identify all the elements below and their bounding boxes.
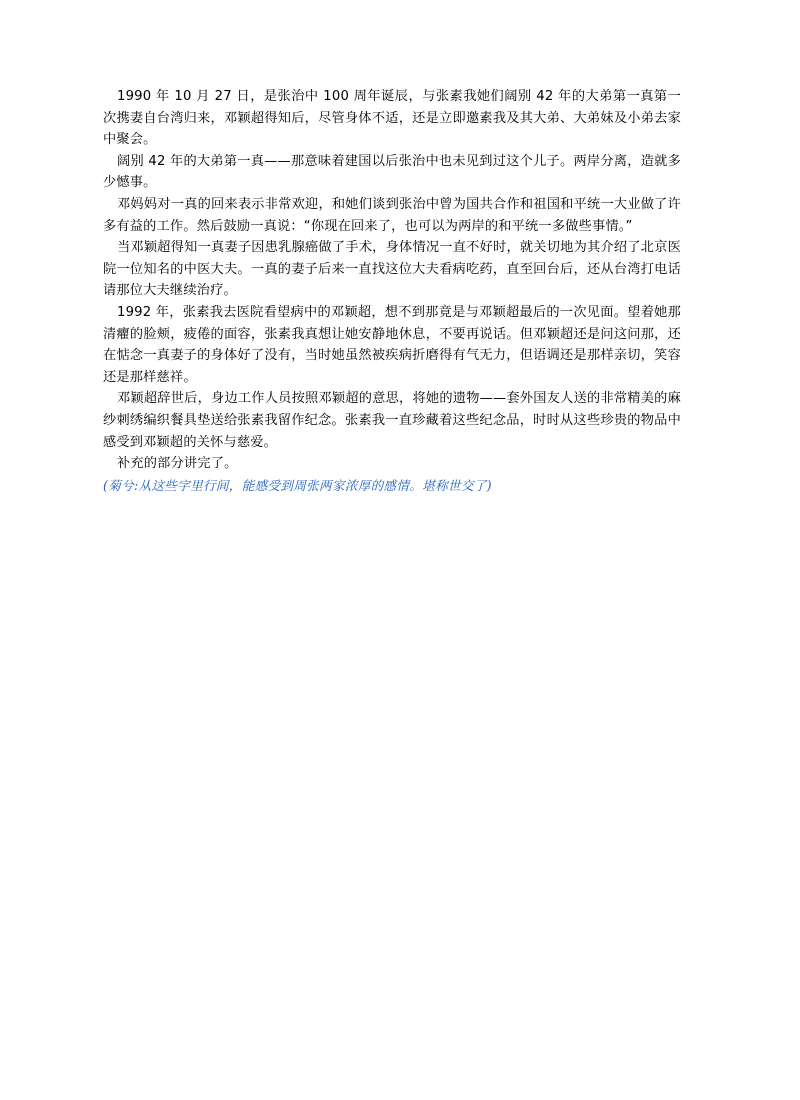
paragraph-closing: 补充的部分讲完了。: [103, 453, 681, 475]
paragraph-reunion-1990: 1990 年 10 月 27 日，是张治中 100 周年诞辰，与张素我她们阔别 …: [103, 86, 681, 151]
paragraph-separation: 阔别 42 年的大弟第一真——那意味着建国以后张治中也未见到过这个儿子。两岸分离…: [103, 151, 681, 194]
editor-comment: (菊兮:从这些字里行间，能感受到周张两家浓厚的感情。堪称世交了): [103, 475, 681, 496]
paragraph-keepsake: 邓颖超辞世后，身边工作人员按照邓颖超的意思，将她的遗物——套外国友人送的非常精美…: [103, 388, 681, 453]
document-page: 1990 年 10 月 27 日，是张治中 100 周年诞辰，与张素我她们阔别 …: [103, 86, 681, 496]
paragraph-doctor: 当邓颖超得知一真妻子因患乳腺癌做了手术，身体情况一直不好时，就关切地为其介绍了北…: [103, 237, 681, 302]
paragraph-welcome: 邓妈妈对一真的回来表示非常欢迎，和她们谈到张治中曾为国共合作和祖国和平统一大业做…: [103, 194, 681, 237]
paragraph-hospital-visit-1992: 1992 年，张素我去医院看望病中的邓颖超，想不到那竟是与邓颖超最后的一次见面。…: [103, 302, 681, 388]
